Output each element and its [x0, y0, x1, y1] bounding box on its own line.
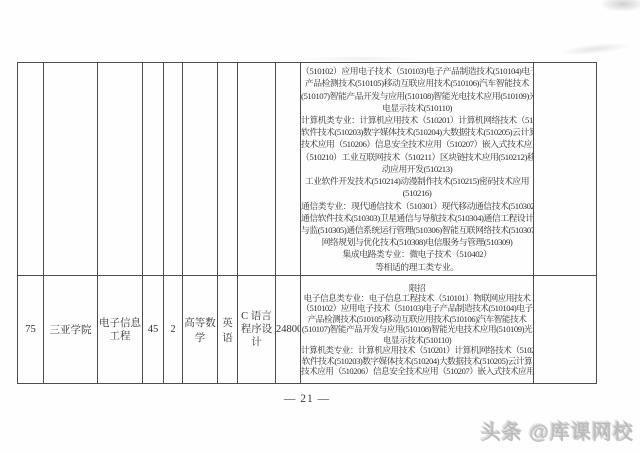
- scan-smudge: [600, 0, 640, 12]
- study-years-cell: [164, 63, 183, 276]
- page-number: — 21 —: [262, 393, 352, 405]
- recruit-scope-cell: （510102）应用电子技术（510103)电子产品制造技术(510104)电子…: [301, 63, 534, 276]
- exam-subject3-cell: C 语言程序设计: [238, 276, 276, 384]
- plan-count-cell: 45: [143, 276, 164, 384]
- major-cell: [98, 63, 143, 276]
- school-cell: 三亚学院: [44, 276, 98, 384]
- exam-subject2-cell: 英语: [218, 276, 238, 384]
- table-row-continuation: （510102）应用电子技术（510103)电子产品制造技术(510104)电子…: [18, 63, 597, 276]
- school-cell: [44, 63, 98, 276]
- scan-smudge: [560, 40, 631, 57]
- seq-cell: [18, 63, 44, 276]
- document-page: （510102）应用电子技术（510103)电子产品制造技术(510104)电子…: [0, 0, 640, 453]
- watermark-text: 头条 @库课网校: [480, 415, 633, 444]
- remark-cell: [534, 63, 597, 276]
- tuition-cell: [276, 63, 301, 276]
- seq-cell: 75: [18, 276, 44, 384]
- exam-subject3-cell: [238, 63, 276, 276]
- exam-subject1-cell: [183, 63, 218, 276]
- table-row-75: 75 三亚学院 电子信息工程 45 2 高等数学 英语 C 语言程序设计 248…: [18, 276, 597, 384]
- tuition-cell: 24800: [276, 276, 301, 384]
- remark-cell: [534, 276, 597, 384]
- recruit-scope-cell: 限招电子信息类专业：电子信息工程技术（510101）物联网应用技术（510102…: [301, 276, 534, 384]
- admission-table: （510102）应用电子技术（510103)电子产品制造技术(510104)电子…: [17, 62, 597, 384]
- plan-count-cell: [143, 63, 164, 276]
- exam-subject2-cell: [218, 63, 238, 276]
- exam-subject1-cell: 高等数学: [183, 276, 218, 384]
- study-years-cell: 2: [164, 276, 183, 384]
- major-cell: 电子信息工程: [98, 276, 143, 384]
